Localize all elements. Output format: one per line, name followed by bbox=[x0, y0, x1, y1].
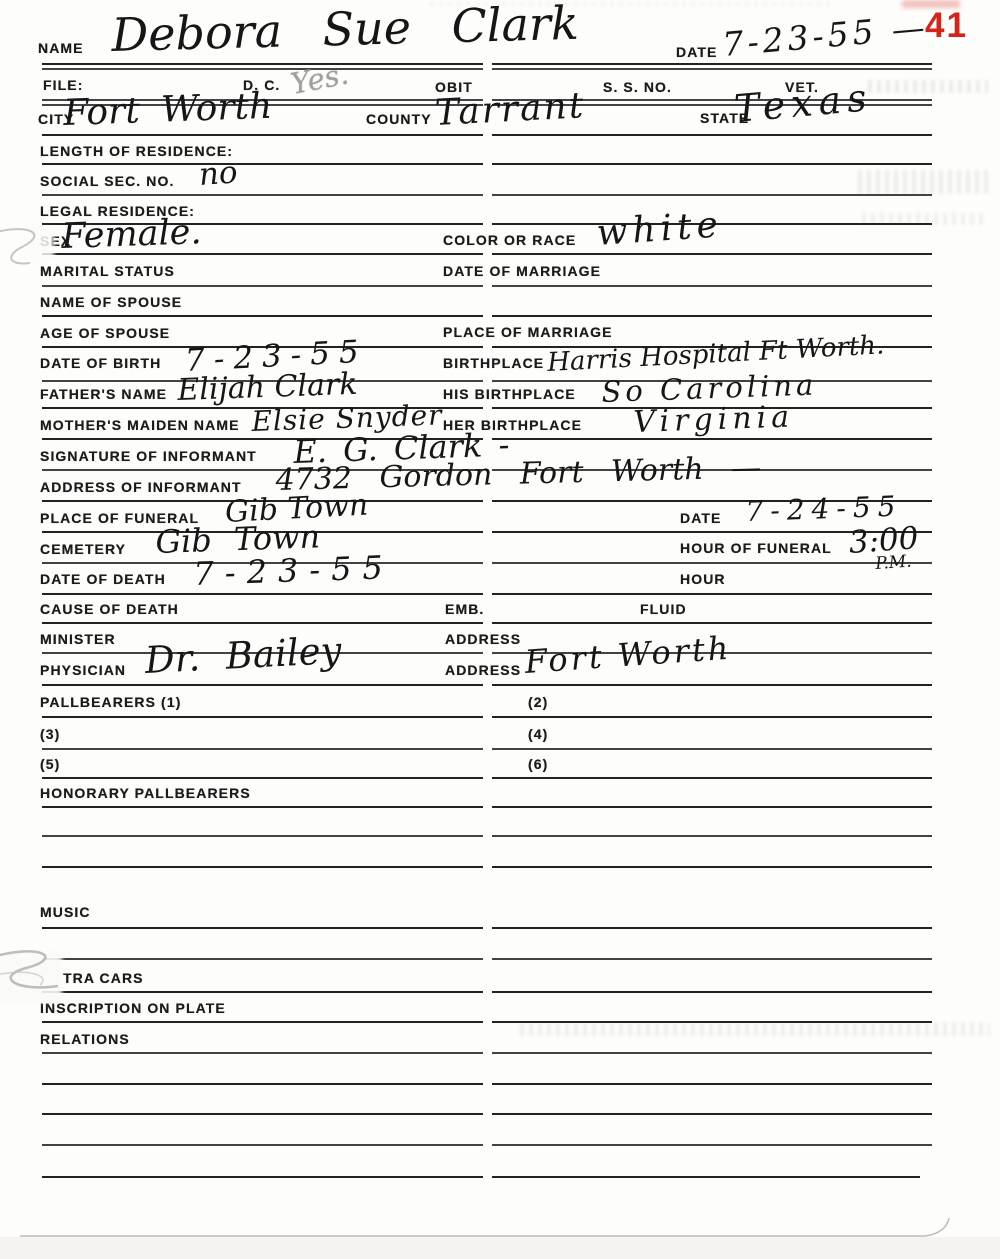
rule-line bbox=[492, 927, 932, 929]
rule-line bbox=[492, 1113, 932, 1115]
field-label-birthplace: BIRTHPLACE bbox=[443, 355, 544, 371]
field-label-funeral-date: DATE bbox=[680, 510, 721, 526]
field-label-his-birthplace: HIS BIRTHPLACE bbox=[443, 386, 576, 402]
rule-line bbox=[42, 1113, 483, 1115]
rule-line bbox=[492, 748, 932, 750]
rule-line bbox=[492, 958, 932, 960]
rule-line bbox=[492, 1083, 932, 1085]
rule-line bbox=[42, 748, 483, 750]
rule-line bbox=[492, 806, 932, 808]
field-label-fathers-name: FATHER'S NAME bbox=[40, 386, 167, 402]
field-label-file: FILE: bbox=[43, 77, 84, 93]
field-label-physician-address: ADDRESS bbox=[445, 662, 521, 678]
field-label-pallbearer-2: (2) bbox=[528, 694, 548, 710]
field-value-social-sec-no: no bbox=[198, 157, 239, 191]
rule-line bbox=[42, 1144, 483, 1146]
rule-line bbox=[492, 1176, 920, 1178]
field-label-relations: RELATIONS bbox=[40, 1031, 130, 1047]
rule-line bbox=[492, 593, 932, 595]
rule-line bbox=[42, 991, 483, 993]
rule-line bbox=[42, 835, 483, 837]
field-label-date-of-birth: DATE OF BIRTH bbox=[40, 355, 161, 371]
field-value-city: Fort Worth bbox=[63, 89, 273, 132]
rule-line bbox=[492, 777, 932, 779]
rule-line bbox=[42, 622, 483, 624]
field-label-place-of-marriage: PLACE OF MARRIAGE bbox=[443, 324, 613, 340]
rule-line bbox=[42, 134, 483, 136]
rule-line bbox=[492, 835, 932, 837]
field-label-date-of-death: DATE OF DEATH bbox=[40, 571, 166, 587]
field-label-honorary-pallbearers: HONORARY PALLBEARERS bbox=[40, 785, 251, 801]
field-label-fluid: FLUID bbox=[640, 601, 687, 617]
red-smear-artifact bbox=[902, 0, 960, 8]
rule-line bbox=[492, 1144, 932, 1146]
field-value-county: Tarrant bbox=[434, 88, 586, 132]
field-label-minister-address: ADDRESS bbox=[445, 631, 521, 647]
field-label-name: NAME bbox=[38, 40, 84, 56]
field-label-cause-of-death: CAUSE OF DEATH bbox=[40, 601, 179, 617]
case-number-stamp: 41 bbox=[925, 8, 968, 43]
rule-line bbox=[492, 194, 932, 196]
field-label-cemetery: CEMETERY bbox=[40, 541, 126, 557]
bleed-through-artifact bbox=[868, 80, 988, 93]
field-label-hour: HOUR bbox=[680, 571, 726, 587]
field-value-funeral-date: 7-24-55 bbox=[745, 493, 903, 526]
field-value-physician: Dr. Bailey bbox=[144, 632, 342, 679]
field-label-address-of-informant: ADDRESS OF INFORMANT bbox=[40, 479, 242, 495]
rule-line bbox=[492, 1052, 932, 1054]
rule-line bbox=[492, 562, 932, 564]
rule-line bbox=[42, 1052, 483, 1054]
rule-line bbox=[42, 806, 483, 808]
rule-line bbox=[42, 63, 483, 65]
rule-line bbox=[42, 716, 483, 718]
rule-line bbox=[492, 253, 932, 255]
crease-smudge bbox=[0, 952, 62, 1002]
field-value-color-or-race: white bbox=[595, 207, 724, 252]
rule-line bbox=[492, 866, 932, 868]
field-label-color-or-race: COLOR OR RACE bbox=[443, 232, 576, 248]
field-label-ss-no: S. S. NO. bbox=[603, 79, 672, 95]
field-value-her-birthplace: Virginia bbox=[633, 402, 795, 438]
field-label-hour-of-funeral: HOUR OF FUNERAL bbox=[680, 540, 832, 556]
rule-line bbox=[42, 866, 483, 868]
rule-line bbox=[492, 716, 932, 718]
rule-line bbox=[492, 63, 932, 65]
field-label-marital-status: MARITAL STATUS bbox=[40, 263, 175, 279]
field-value-fathers-name: Elijah Clark bbox=[177, 370, 358, 406]
rule-line bbox=[42, 1083, 483, 1085]
field-label-age-of-spouse: AGE OF SPOUSE bbox=[40, 325, 170, 341]
rule-line bbox=[492, 438, 932, 440]
field-value-name: Debora Sue Clark bbox=[111, 0, 580, 58]
field-label-pallbearer-4: (4) bbox=[528, 726, 548, 742]
field-label-pallbearer-3: (3) bbox=[40, 726, 60, 742]
rule-line bbox=[492, 684, 932, 686]
field-label-mothers-maiden-name: MOTHER'S MAIDEN NAME bbox=[40, 417, 240, 433]
field-label-pallbearer-1: PALLBEARERS (1) bbox=[40, 694, 181, 710]
rule-line bbox=[492, 134, 932, 136]
field-label-pallbearer-5: (5) bbox=[40, 756, 60, 772]
field-value-date-filed: 7-23-55 — bbox=[721, 10, 930, 61]
rule-line bbox=[492, 991, 932, 993]
scan-edge-area bbox=[0, 1237, 1000, 1259]
rule-line bbox=[42, 1176, 483, 1178]
field-label-county: COUNTY bbox=[366, 111, 432, 127]
rule-line bbox=[492, 315, 932, 317]
rule-line bbox=[42, 163, 483, 165]
rule-line bbox=[42, 684, 483, 686]
field-label-emb: EMB. bbox=[445, 601, 484, 617]
rule-line bbox=[42, 68, 483, 70]
rule-line bbox=[492, 68, 932, 70]
field-value-dc: Yes. bbox=[288, 59, 350, 99]
field-label-signature-of-informant: SIGNATURE OF INFORMANT bbox=[40, 448, 257, 464]
scanned-funeral-record-form: NAME DATE FILE: D. C. OBIT S. S. NO. VET… bbox=[0, 0, 1000, 1259]
rule-line bbox=[42, 285, 483, 287]
rule-line bbox=[42, 593, 483, 595]
rule-line bbox=[42, 1021, 483, 1023]
rule-line bbox=[42, 777, 483, 779]
field-value-state: Texas bbox=[733, 78, 874, 128]
rule-line bbox=[42, 927, 483, 929]
rule-line bbox=[492, 285, 932, 287]
field-label-pallbearer-6: (6) bbox=[528, 756, 548, 772]
bleed-through-artifact bbox=[858, 170, 990, 194]
field-label-inscription-on-plate: INSCRIPTION ON PLATE bbox=[40, 1000, 226, 1016]
field-label-social-sec-no: SOCIAL SEC. NO. bbox=[40, 173, 174, 189]
rule-line bbox=[42, 958, 483, 960]
field-label-music: MUSIC bbox=[40, 904, 91, 920]
field-value-date-of-death: 7-23-55 bbox=[193, 551, 394, 590]
crease-smudge bbox=[26, 228, 54, 258]
field-value-hour-of-funeral-meridiem: P.M. bbox=[875, 554, 912, 573]
field-value-sex: Female. bbox=[61, 215, 202, 255]
field-label-name-of-spouse: NAME OF SPOUSE bbox=[40, 294, 182, 310]
field-label-minister: MINISTER bbox=[40, 631, 116, 647]
rule-line bbox=[42, 315, 483, 317]
bleed-through-artifact bbox=[520, 1022, 990, 1036]
field-label-extra-cars: TRA CARS bbox=[63, 970, 144, 986]
bleed-through-artifact bbox=[862, 213, 988, 225]
rule-line bbox=[42, 194, 483, 196]
rule-line bbox=[492, 163, 932, 165]
field-label-date-of-marriage: DATE OF MARRIAGE bbox=[443, 263, 601, 279]
field-label-date-filed: DATE bbox=[676, 44, 717, 60]
field-value-physician-address: Fort Worth bbox=[524, 632, 733, 678]
field-label-physician: PHYSICIAN bbox=[40, 662, 126, 678]
rule-line bbox=[492, 622, 932, 624]
scan-streak-artifact bbox=[430, 2, 830, 5]
